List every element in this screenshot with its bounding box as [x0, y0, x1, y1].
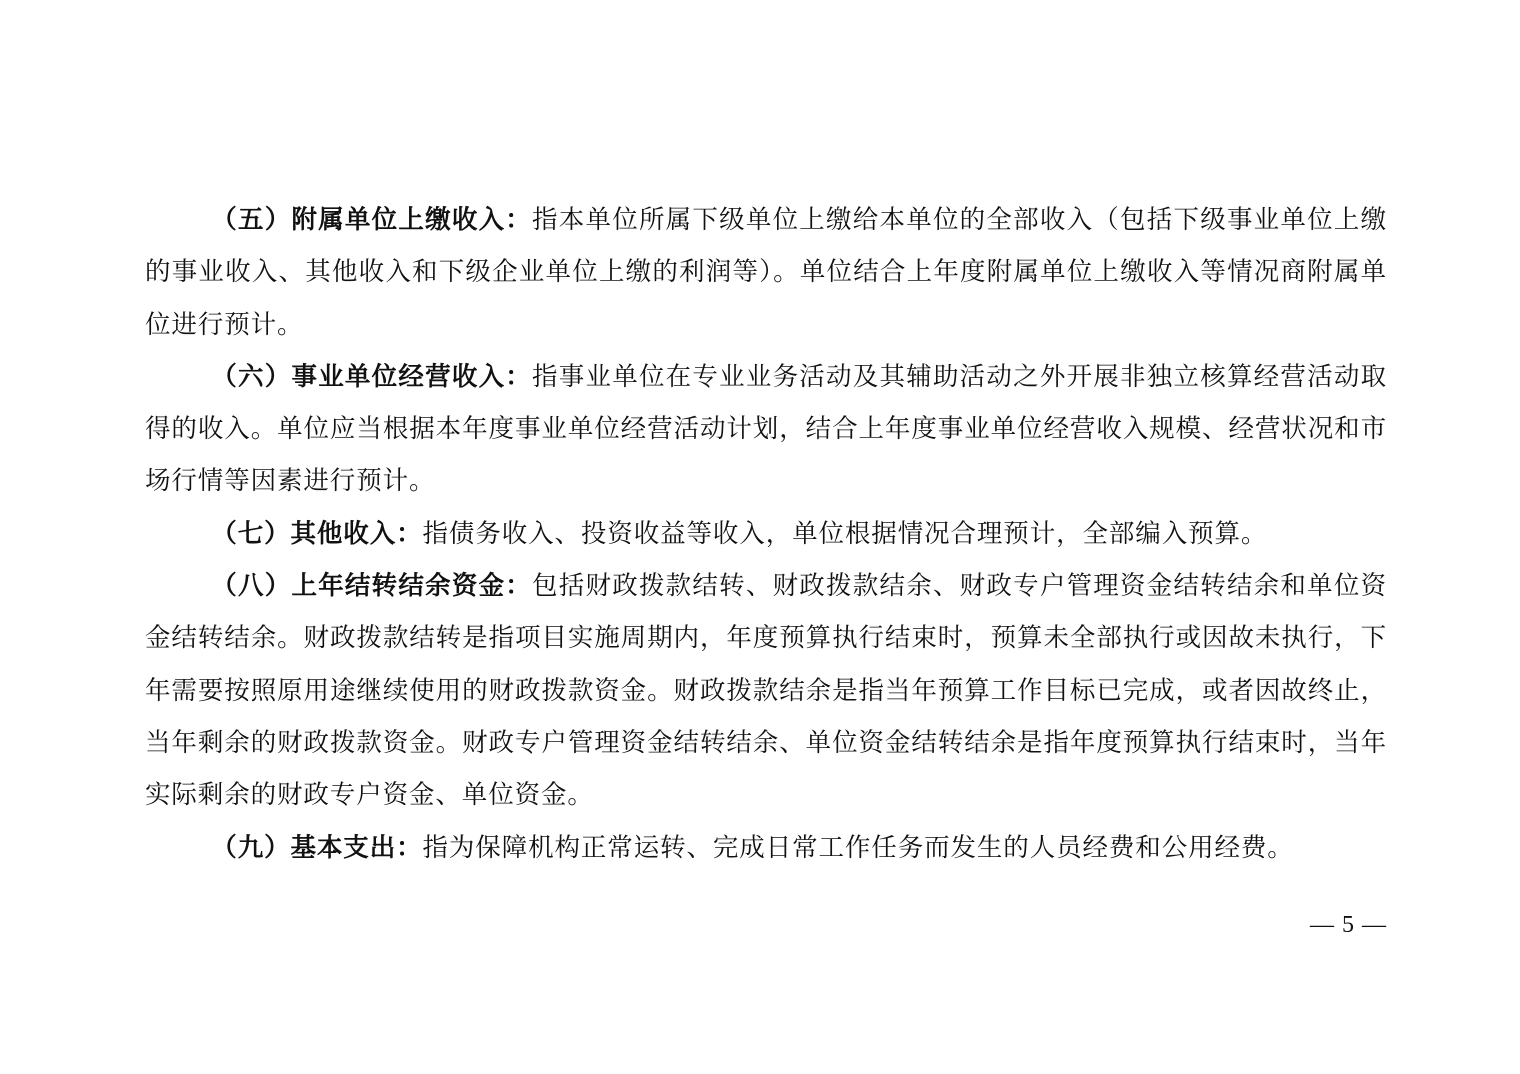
paragraph-term: （六）事业单位经营收入： [211, 362, 532, 392]
paragraph-other-income: （七）其他收入：指债务收入、投资收益等收入，单位根据情况合理预计，全部编入预算。 [145, 508, 1387, 560]
paragraph-term: （九）基本支出： [211, 833, 422, 863]
paragraph-term: （八）上年结转结余资金： [211, 571, 532, 601]
document-page: （五）附属单位上缴收入：指本单位所属下级单位上缴给本单位的全部收入（包括下级事业… [145, 194, 1387, 874]
paragraph-basic-expenditure: （九）基本支出：指为保障机构正常运转、完成日常工作任务而发生的人员经费和公用经费… [145, 822, 1387, 874]
paragraph-body: 指为保障机构正常运转、完成日常工作任务而发生的人员经费和公用经费。 [423, 833, 1294, 863]
paragraph-term: （七）其他收入： [211, 519, 422, 549]
paragraph-affiliated-unit-income: （五）附属单位上缴收入：指本单位所属下级单位上缴给本单位的全部收入（包括下级事业… [145, 194, 1387, 351]
paragraph-body: 指债务收入、投资收益等收入，单位根据情况合理预计，全部编入预算。 [423, 519, 1268, 549]
paragraph-business-operating-income: （六）事业单位经营收入：指事业单位在专业业务活动及其辅助活动之外开展非独立核算经… [145, 351, 1387, 508]
paragraph-prior-year-carryover: （八）上年结转结余资金：包括财政拨款结转、财政拨款结余、财政专户管理资金结转结余… [145, 560, 1387, 821]
paragraph-term: （五）附属单位上缴收入： [211, 205, 532, 235]
paragraph-body: 包括财政拨款结转、财政拨款结余、财政专户管理资金结转结余和单位资金结转结余。财政… [145, 571, 1387, 810]
page-number: — 5 — [1310, 912, 1387, 939]
